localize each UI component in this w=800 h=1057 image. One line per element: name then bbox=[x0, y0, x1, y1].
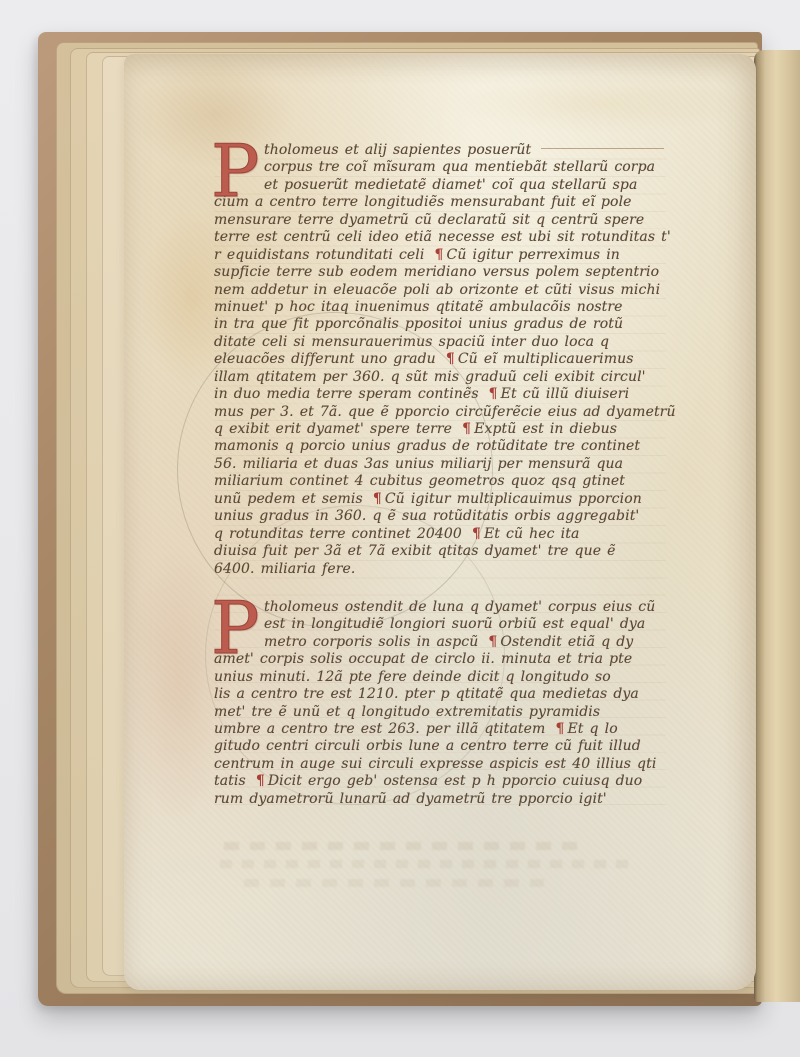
manuscript-line-text: q exibit erit dyamet' spere terre ¶Exptũ… bbox=[214, 421, 617, 438]
manuscript-line: centrum in auge sui circuli expresse asp… bbox=[214, 756, 666, 773]
manuscript-line-text: gitudo centri circuli orbis lune a centr… bbox=[214, 738, 641, 755]
facing-page-edge bbox=[754, 50, 800, 1002]
manuscript-line: 6400. miliaria fere. bbox=[214, 561, 666, 578]
manuscript-line: eleuacões differunt uno gradu ¶Cũ eĩ mul… bbox=[214, 351, 666, 368]
parchment-stain bbox=[454, 74, 754, 134]
pilcrow-mark: ¶ bbox=[442, 351, 458, 367]
manuscript-line-text: unũ pedem et semis ¶Cũ igitur multiplica… bbox=[214, 491, 642, 508]
pilcrow-mark: ¶ bbox=[431, 247, 447, 263]
manuscript-line-text: tatis ¶Dicit ergo geb' ostensa est p h p… bbox=[214, 773, 642, 790]
verso-text-showthrough bbox=[244, 879, 544, 887]
manuscript-line: in duo media terre speram continẽs ¶Et c… bbox=[214, 386, 666, 403]
manuscript-line-text: in tra que fit pporcõnalis ppositoi uniu… bbox=[214, 316, 623, 333]
manuscript-line-text: umbre a centro tre est 263. per illã qti… bbox=[214, 721, 618, 738]
verso-text-showthrough bbox=[220, 860, 630, 868]
manuscript-line: ditate celi si mensurauerimus spaciũ int… bbox=[214, 334, 666, 351]
manuscript-line: mus per 3. et 7ã. que ẽ pporcio circũfer… bbox=[214, 404, 666, 421]
line-filler-rule bbox=[541, 148, 664, 149]
manuscript-line-text: q rotunditas terre continet 20400 ¶Et cũ… bbox=[214, 526, 579, 543]
verso-text-showthrough bbox=[224, 842, 584, 850]
manuscript-line: mamonis q porcio unius gradus de rotũdit… bbox=[214, 438, 666, 455]
manuscript-line-text: supficie terre sub eodem meridiano versu… bbox=[214, 264, 659, 281]
manuscript-line-text: et posuerũt medietatẽ diamet' coĩ qua st… bbox=[264, 177, 637, 194]
manuscript-line-text: ditate celi si mensurauerimus spaciũ int… bbox=[214, 334, 609, 351]
manuscript-line-text: corpus tre coĩ mĩsuram qua mentiebãt ste… bbox=[264, 159, 655, 176]
manuscript-line-text: 6400. miliaria fere. bbox=[214, 561, 355, 578]
manuscript-line-text: terre est centrũ celi ideo etiã necesse … bbox=[214, 229, 671, 246]
manuscript-paragraph: Ptholomeus et alij sapientes posuerũtcor… bbox=[214, 142, 666, 578]
text-block: Ptholomeus et alij sapientes posuerũtcor… bbox=[214, 142, 666, 808]
manuscript-line: met' tre ẽ unũ et q longitudo extremitat… bbox=[214, 704, 666, 721]
manuscript-line-text: amet' corpis solis occupat de circlo ii.… bbox=[214, 651, 632, 668]
manuscript-line-text: nem addetur in eleuacõe poli ab orizonte… bbox=[214, 282, 660, 299]
manuscript-line: supficie terre sub eodem meridiano versu… bbox=[214, 264, 666, 281]
rubricated-initial: P bbox=[211, 135, 260, 207]
manuscript-line-text: mamonis q porcio unius gradus de rotũdit… bbox=[214, 438, 640, 455]
manuscript-line-text: tholomeus et alij sapientes posuerũt bbox=[264, 142, 531, 159]
manuscript-line-text: cium a centro terre longitudiẽs mensurab… bbox=[214, 194, 632, 211]
manuscript-line: amet' corpis solis occupat de circlo ii.… bbox=[214, 651, 666, 668]
pilcrow-mark: ¶ bbox=[551, 721, 567, 737]
manuscript-line-text: est in longitudiẽ longiori suorũ orbiũ e… bbox=[264, 616, 645, 633]
manuscript-line: illam qtitatem per 360. q sũt mis graduũ… bbox=[214, 369, 666, 386]
manuscript-line: nem addetur in eleuacõe poli ab orizonte… bbox=[214, 282, 666, 299]
pilcrow-mark: ¶ bbox=[252, 773, 268, 789]
parchment-page: Ptholomeus et alij sapientes posuerũtcor… bbox=[124, 54, 756, 990]
manuscript-line-text: illam qtitatem per 360. q sũt mis graduũ… bbox=[214, 369, 646, 386]
rubricated-initial: P bbox=[211, 592, 260, 664]
manuscript-line-text: diuisa fuit per 3ã et 7ã exibit qtitas d… bbox=[214, 543, 616, 560]
manuscript-line: minuet' p hoc itaq inuenimus qtitatẽ amb… bbox=[214, 299, 666, 316]
manuscript-line-text: r equidistans rotunditati celi ¶Cũ igitu… bbox=[214, 247, 620, 264]
manuscript-line: umbre a centro tre est 263. per illã qti… bbox=[214, 721, 666, 738]
manuscript-line: q exibit erit dyamet' spere terre ¶Exptũ… bbox=[214, 421, 666, 438]
manuscript-line: mensurare terre dyametrũ cũ declaratũ si… bbox=[214, 212, 666, 229]
manuscript-line: metro corporis solis in aspcũ ¶Ostendit … bbox=[214, 634, 666, 651]
manuscript-line: rum dyametrorũ lunarũ ad dyametrũ tre pp… bbox=[214, 791, 666, 808]
pilcrow-mark: ¶ bbox=[468, 526, 484, 542]
manuscript-line: in tra que fit pporcõnalis ppositoi uniu… bbox=[214, 316, 666, 333]
manuscript-line: est in longitudiẽ longiori suorũ orbiũ e… bbox=[214, 616, 666, 633]
manuscript-paragraph: Ptholomeus ostendit de luna q dyamet' co… bbox=[214, 599, 666, 808]
manuscript-line-text: centrum in auge sui circuli expresse asp… bbox=[214, 756, 656, 773]
manuscript-line: gitudo centri circuli orbis lune a centr… bbox=[214, 738, 666, 755]
manuscript-line: q rotunditas terre continet 20400 ¶Et cũ… bbox=[214, 526, 666, 543]
manuscript-line-text: metro corporis solis in aspcũ ¶Ostendit … bbox=[264, 634, 633, 651]
manuscript-line-text: rum dyametrorũ lunarũ ad dyametrũ tre pp… bbox=[214, 791, 607, 808]
manuscript-line: corpus tre coĩ mĩsuram qua mentiebãt ste… bbox=[214, 159, 666, 176]
manuscript-line: miliarium continet 4 cubitus geometros q… bbox=[214, 473, 666, 490]
pilcrow-mark: ¶ bbox=[484, 634, 500, 650]
manuscript-line: tatis ¶Dicit ergo geb' ostensa est p h p… bbox=[214, 773, 666, 790]
manuscript-line: tholomeus ostendit de luna q dyamet' cor… bbox=[214, 599, 666, 616]
manuscript-line: tholomeus et alij sapientes posuerũt bbox=[214, 142, 666, 159]
manuscript-line: unius gradus in 360. q ẽ sua rotũditatis… bbox=[214, 508, 666, 525]
manuscript-line-text: unius minuti. 12ã pte fere deinde dicit … bbox=[214, 669, 611, 686]
manuscript-line-text: tholomeus ostendit de luna q dyamet' cor… bbox=[264, 599, 655, 616]
manuscript-line-text: unius gradus in 360. q ẽ sua rotũditatis… bbox=[214, 508, 639, 525]
manuscript-line-text: 56. miliaria et duas 3as unius miliarij … bbox=[214, 456, 623, 473]
manuscript-line: diuisa fuit per 3ã et 7ã exibit qtitas d… bbox=[214, 543, 666, 560]
manuscript-line: 56. miliaria et duas 3as unius miliarij … bbox=[214, 456, 666, 473]
manuscript-line-text: lis a centro tre est 1210. pter p qtitat… bbox=[214, 686, 639, 703]
manuscript-line: terre est centrũ celi ideo etiã necesse … bbox=[214, 229, 666, 246]
manuscript-line: unius minuti. 12ã pte fere deinde dicit … bbox=[214, 669, 666, 686]
manuscript-line: r equidistans rotunditati celi ¶Cũ igitu… bbox=[214, 247, 666, 264]
photo-backdrop: Ptholomeus et alij sapientes posuerũtcor… bbox=[0, 0, 800, 1057]
manuscript-line-text: eleuacões differunt uno gradu ¶Cũ eĩ mul… bbox=[214, 351, 633, 368]
manuscript-line-text: minuet' p hoc itaq inuenimus qtitatẽ amb… bbox=[214, 299, 623, 316]
manuscript-line: et posuerũt medietatẽ diamet' coĩ qua st… bbox=[214, 177, 666, 194]
manuscript-line: lis a centro tre est 1210. pter p qtitat… bbox=[214, 686, 666, 703]
manuscript-line-text: met' tre ẽ unũ et q longitudo extremitat… bbox=[214, 704, 600, 721]
pilcrow-mark: ¶ bbox=[485, 386, 501, 402]
pilcrow-mark: ¶ bbox=[458, 421, 474, 437]
manuscript-line-text: miliarium continet 4 cubitus geometros q… bbox=[214, 473, 625, 490]
manuscript-line: cium a centro terre longitudiẽs mensurab… bbox=[214, 194, 666, 211]
manuscript-line-text: mus per 3. et 7ã. que ẽ pporcio circũfer… bbox=[214, 404, 676, 421]
pilcrow-mark: ¶ bbox=[369, 491, 385, 507]
manuscript-line: unũ pedem et semis ¶Cũ igitur multiplica… bbox=[214, 491, 666, 508]
manuscript-line-text: in duo media terre speram continẽs ¶Et c… bbox=[214, 386, 629, 403]
manuscript-line-text: mensurare terre dyametrũ cũ declaratũ si… bbox=[214, 212, 644, 229]
